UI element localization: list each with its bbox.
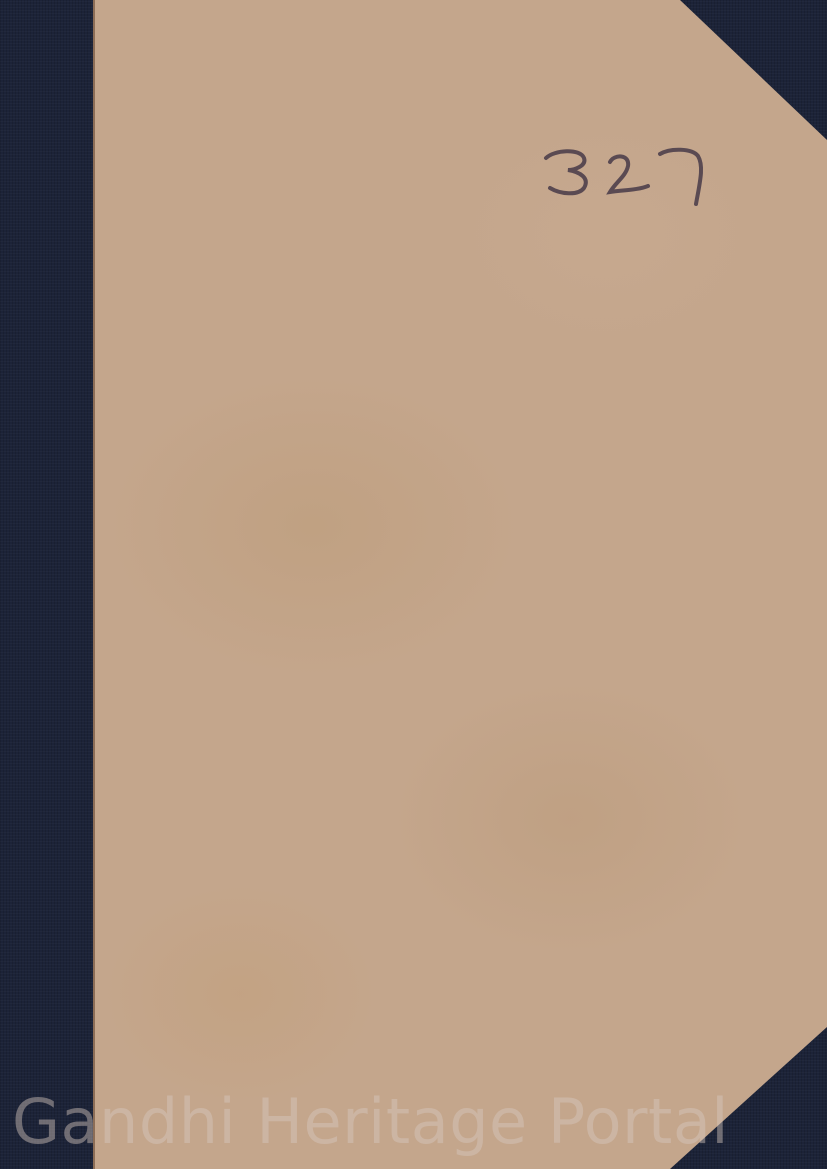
handwritten-number: 327: [540, 132, 710, 212]
watermark: Gandhi Heritage Portal: [12, 1082, 822, 1162]
paper-board: [93, 0, 827, 1169]
spine-edge: [93, 0, 95, 1169]
book-cover: 327 Gandhi Heritage Portal: [0, 0, 827, 1169]
